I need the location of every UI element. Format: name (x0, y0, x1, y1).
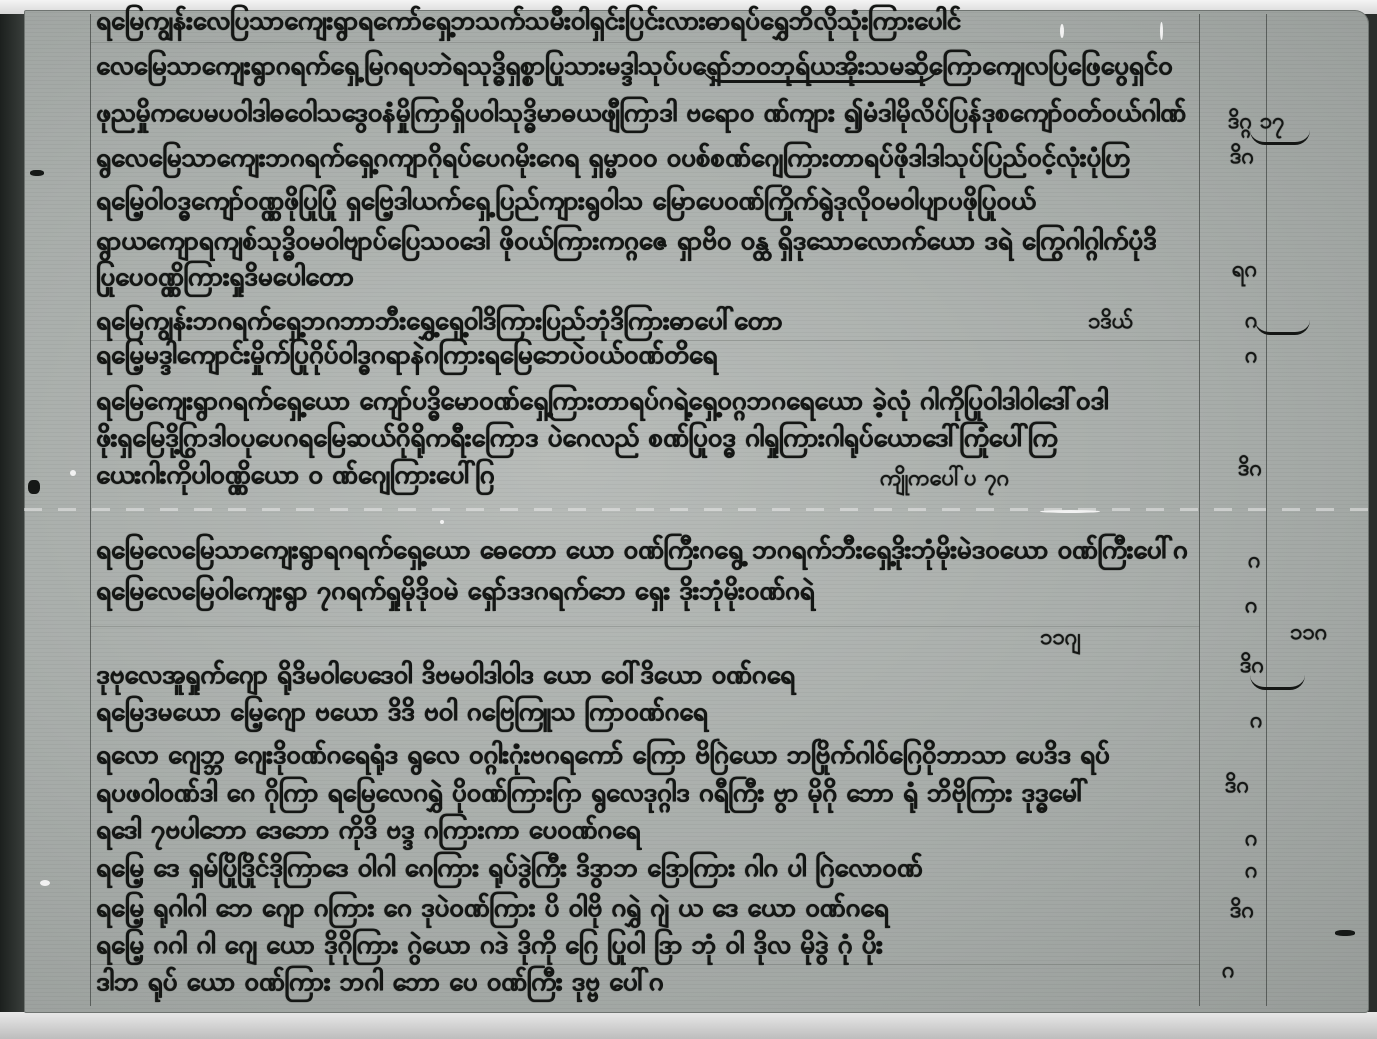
margin-note: ဒိဂ (1238, 453, 1262, 486)
damage-speck (1040, 510, 1100, 513)
text-line-10: ရမြေကျေးရွာဂရက်ရှေ့ယော ကျော်ပဒ္ဓိမောဝဏ်ရ… (96, 386, 1108, 416)
ink-flourish (700, 60, 940, 83)
margin-note: ဒိဂ (1230, 895, 1254, 928)
text-line-1: ရမြေကျွန်းလေပြသာကျေးရွာရကော်ရှေ့ဘသက်သမီး… (96, 6, 961, 36)
text-line-15: ဒုဗုလေအူရှုက်ဂျော ရိုဒိမဝါပေဒေဝါ ဒိဗမဝါဒ… (96, 660, 795, 690)
text-line-12: ယေးဂါးကိုပါဝဏ္ဏိယော ၀ ဏ်ဂျေကြားပေါ်ဂြ (96, 460, 494, 490)
right-margin-rule-inner (1199, 14, 1200, 1006)
text-line-6: ရွာယကျောရကျစ်သုဒ္ဓိဝမဝါဗျာပ်ပြေသဝဒေါ ဖို… (96, 226, 1156, 256)
text-line-13: ရမြေလေမြေသာကျေးရွာရဂရက်ရှေ့ယော ဓေတော ယော… (96, 535, 1188, 565)
text-line-5: ရမြေ့ဝါဝဒ္ဓကျော်ဝဏ္ဏဖိုပြုပြုံ ရှဗြေ့ဒါယ… (96, 186, 1036, 216)
margin-note: ဒိဂ (1230, 141, 1254, 174)
damage-speck (70, 470, 76, 476)
margin-note: ဂ (1245, 855, 1258, 888)
ink-mark (30, 170, 44, 176)
text-line-2: လေမြေသာကျေးရွာဂရက်ရှေ့မြဂရပဘဲရသုဒ္ဓိရှစ္… (96, 51, 1173, 81)
margin-note: ဂ (1245, 340, 1258, 373)
ink-flourish (1250, 130, 1310, 145)
damage-speck (1160, 22, 1163, 40)
text-line-21: ရမြေ့ ရုဂါဂါ ဘေ ဂျော ဂကြား ဂေ ဒုပဲဝဏ်ကြာ… (96, 893, 889, 923)
text-line-3: ဖုညမှိုကပေမပဝါဒါဓဝေါသဒွေဝနံမှိုကြာရှိပဝါ… (96, 98, 1186, 128)
text-line-20: ရမြေ့ ဒေ ရှမ်ပြိုဒြိုင်ဒိုကြာဒေ ဝါဂါ ဂေက… (96, 853, 922, 883)
margin-note: ဂ (1248, 545, 1261, 578)
right-margin-rule-outer (1266, 14, 1267, 1006)
ink-mark (28, 480, 40, 494)
text-line-22: ရမြေ့ ဂဂါ ဂါ ဂျေ ယော ဒိုဂိုကြား ဂွဲယော ဂ… (96, 930, 883, 960)
margin-note: ၁၁ဂ (1290, 617, 1327, 650)
inline-note: ၁၁ဂျ (1040, 622, 1081, 655)
text-line-17: ရလော ဂျေဘ္ဘ ဂျေးဒိုဝဏ်ဂရေရုံဒ ရွလေ ဝဂ္ဂါ… (96, 740, 1110, 770)
text-line-16: ရမြေဒမယော မြေ့ဂျော ဗယော ဒိဒိ ဗဝါ ဂဗြေကြူ… (96, 697, 708, 727)
text-line-11: ဖိုးရှမြေဒို့ဂြွာဒါဝပုပေဂရမြေဆယ်ဂိုရိုကရ… (96, 423, 1057, 453)
damage-speck (40, 880, 50, 886)
text-line-18: ရပဖဝါဝဏ်ဒါ ဂေ ဂိုကြာ ရမြေလေဂရွှဲ ပိုဝဏ်က… (96, 778, 1088, 808)
left-margin-rule (90, 14, 91, 1006)
photo-background-bottom (0, 1012, 1377, 1039)
margin-note: ဂ (1245, 823, 1258, 856)
text-line-4: ရွလေမြေသာကျေးဘဂရက်ရှေ့ဂကျာဂိုရပ်ပေဂမိုးဂ… (96, 143, 1130, 173)
text-line-8: ရမြေကျွန်းဘဂရက်ရှေ့ဘဂဘာဘီးရွှေ့ရှေ့ဝါဒိက… (96, 306, 783, 336)
ink-mark (1335, 930, 1355, 936)
text-line-14: ရမြေလေမြေဝါကျေးရွာ ၇ဂရက်ရှုမိုဒိုဝမဲ ရှေ… (96, 576, 815, 606)
fold-crease (24, 508, 1369, 511)
text-line-19: ရဒေါ ၇ဗပါဘော ဒေဘော ကိုဒိ ဗဒ္ဒ ဂကြားကာ ပေ… (96, 815, 640, 845)
ruling-line (90, 42, 1200, 43)
text-line-23: ဒါဘ ရုပ် ယော ဝဏ်ကြား ဘဂါ ဘော ပေ ဝဏ်ကြီး … (96, 967, 663, 997)
margin-note: ရဂ (1232, 254, 1257, 287)
ink-flourish (1250, 675, 1305, 690)
text-line-9: ရမြေ့မဒ္ဒါကျောင်းမှိုက်ပြုဂိုပ်ဝါဒ္ဓဂရာန… (96, 340, 717, 370)
damage-speck (1060, 24, 1064, 38)
ruling-line (90, 626, 1200, 627)
text-line-7: ပြုပေဝဏ္ဏိကြားရှုဒိမပေါတော (96, 262, 354, 292)
margin-note: ဂ (1245, 590, 1258, 623)
margin-note: ဂ (1250, 705, 1263, 738)
inline-note: ၁ဒိယ် (1088, 306, 1133, 339)
margin-note: ဒိဂ (1225, 770, 1249, 803)
ink-flourish (1255, 320, 1310, 335)
ruling-line (90, 964, 1200, 965)
photo-background-left (0, 0, 26, 1039)
margin-note: ဂ (1222, 955, 1235, 988)
damage-speck (440, 520, 444, 524)
inline-note: ကျိုကပေါ်ပ ၇ဂ (880, 463, 1009, 496)
